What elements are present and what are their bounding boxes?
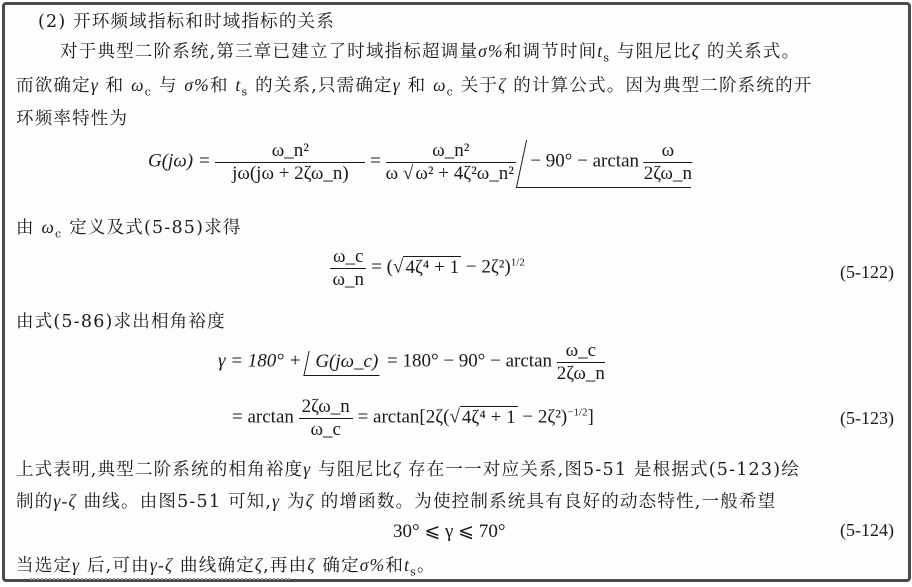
text: 和 (401, 76, 433, 96)
subscript: c (145, 86, 152, 99)
omega-symbol: ω (433, 75, 447, 95)
fraction: ω_c 2ζω_n (557, 340, 605, 385)
equation-post: − 2ζ²) (518, 407, 568, 428)
paragraph-5: 当选定γ 后,可由γ-ζ 曲线确定ζ,再由ζ 确定σ%和ts。 (16, 552, 436, 579)
denominator: jω(jω + 2ζω_n) (215, 163, 365, 185)
denominator: ω √ω² + 4ζ²ω_n² (386, 163, 516, 185)
denominator: 2ζω_n (644, 163, 692, 185)
exponent: 1/2 (511, 256, 525, 268)
text: 制的 (16, 492, 53, 512)
section-heading-text: (2) 开环频域指标和时域指标的关系 (38, 12, 335, 32)
denominator: ω_n (330, 269, 366, 291)
equation-5-122: ω_c ω_n = (√4ζ⁴ + 1 − 2ζ²)1/2 (330, 246, 525, 291)
text: 曲线确定 (173, 556, 255, 576)
exponent: −1/2 (567, 406, 587, 418)
text: 对于典型二阶系统,第三章已建立了时域指标超调量 (60, 42, 478, 62)
phase-expression: − 90° − arctan (530, 151, 639, 172)
numerator: 2ζω_n (299, 396, 353, 419)
numerator: ω_c (557, 340, 605, 363)
text: 的关系式。 (700, 42, 800, 62)
zeta-symbol: ζ (692, 41, 700, 61)
subscript: c (447, 86, 454, 99)
text: 的计算公式。因为典型二阶系统的开 (507, 76, 813, 96)
paragraph-1-line-1: 对于典型二阶系统,第三章已建立了时域指标超调量σ%和调节时间ts 与阻尼比ζ 的… (60, 38, 800, 65)
equation-number-5-122: (5-122) (840, 262, 894, 283)
fraction: ω_c ω_n (330, 246, 366, 291)
numerator: ω (644, 140, 692, 163)
text: 和 (99, 76, 131, 96)
omega-symbol: ω (41, 217, 55, 237)
rhs-open: = ( (371, 257, 393, 278)
text: 和 (210, 76, 235, 96)
paragraph-2: 由 ωc 定义及式(5-85)求得 (16, 214, 242, 241)
paragraph-3: 由式(5-86)求出相角裕度 (16, 308, 226, 333)
omega-symbol: ω (131, 75, 145, 95)
text: ,再由 (263, 556, 307, 576)
section-heading: (2) 开环频域指标和时域指标的关系 (38, 8, 335, 33)
angle-symbol: G(jω_c) (304, 351, 385, 376)
denominator: ω_c (299, 419, 353, 441)
equation-5-124: 30° ⩽ γ ⩽ 70° (393, 520, 505, 543)
text: 和 (385, 556, 404, 576)
text: 。 (417, 556, 436, 576)
gamma-symbol: γ (72, 555, 80, 575)
sigma-symbol: σ% (360, 555, 386, 575)
text: 与阻尼比 (610, 42, 692, 62)
sigma-symbol: σ% (478, 41, 504, 61)
sqrt-content: ω² + 4ζ²ω_n² (413, 162, 516, 184)
gamma-symbol: γ (91, 75, 99, 95)
close-bracket: ] (588, 407, 594, 428)
text: 而欲确定 (16, 76, 91, 96)
text: 的增函数。为使控制系统具有良好的动态特性,一般希望 (314, 492, 776, 512)
sqrt-content: 4ζ⁴ + 1 (460, 406, 518, 428)
denominator: 2ζω_n (557, 363, 605, 385)
text: 曲线。由图5-51 可知, (77, 492, 272, 512)
text: 定义及式(5-85)求得 (62, 218, 241, 238)
text: 环频率特性为 (16, 109, 128, 129)
numerator: ω_c (330, 246, 366, 269)
fraction: ω 2ζω_n (644, 140, 692, 185)
text: 确定 (316, 556, 360, 576)
numerator: ω_n² (215, 140, 365, 163)
equation-number-5-124: (5-124) (840, 520, 894, 541)
equation-middle: = 180° − 90° − arctan (387, 351, 552, 372)
equation-lhs: G(jω) = (148, 151, 211, 172)
zeta-symbol: ζ (307, 555, 315, 575)
text: 由 (16, 218, 41, 238)
gamma-zeta-symbol: γ-ζ (150, 555, 173, 575)
subscript: s (410, 566, 417, 579)
inequality: 30° ⩽ γ ⩽ 70° (393, 521, 505, 542)
text: 与阻尼比 (311, 460, 393, 480)
zeta-symbol: ζ (255, 555, 263, 575)
text: 后,可由 (80, 556, 150, 576)
sqrt-content: 4ζ⁴ + 1 (403, 256, 461, 278)
text: 上式表明,典型二阶系统的相角裕度 (16, 460, 303, 480)
equals-sign: = (370, 151, 381, 172)
paragraph-4-line-1: 上式表明,典型二阶系统的相角裕度γ 与阻尼比ζ 存在一一对应关系,图5-51 是… (16, 456, 800, 481)
fraction: 2ζω_n ω_c (299, 396, 353, 441)
text: 存在一一对应关系,图5-51 是根据式(5-123)绘 (401, 460, 800, 480)
equation-open-loop-frequency: G(jω) = ω_n² jω(jω + 2ζω_n) = ω_n² ω √ω²… (148, 140, 695, 188)
angle-content: G(jω_c) (316, 351, 379, 372)
fraction: ω_n² ω √ω² + 4ζ²ω_n² (386, 140, 516, 185)
text: 的关系,只需确定 (248, 76, 392, 96)
paragraph-1-line-2: 而欲确定γ 和 ωc 与 σ%和 ts 的关系,只需确定γ 和 ωc 关于ζ 的… (16, 72, 812, 99)
rhs-close: − 2ζ²) (461, 257, 511, 278)
zeta-symbol: ζ (498, 75, 506, 95)
equation-number-5-123: (5-123) (840, 408, 894, 429)
cropped-next-line (30, 578, 290, 586)
text: 为 (280, 492, 305, 512)
sigma-symbol: σ% (184, 75, 210, 95)
text: 由式(5-86)求出相角裕度 (16, 312, 226, 332)
text: 关于 (454, 76, 498, 96)
text: 当选定 (16, 556, 72, 576)
numerator: ω_n² (386, 140, 516, 163)
equation-lhs: γ = 180° + (218, 351, 301, 372)
omega-term: ω (386, 163, 399, 184)
text: 与 (152, 76, 184, 96)
zeta-symbol: ζ (306, 491, 314, 511)
angle-symbol: − 90° − arctan ω 2ζω_n (516, 140, 701, 188)
gamma-symbol: γ (393, 75, 401, 95)
paragraph-1-line-3: 环频率特性为 (16, 105, 128, 130)
equation-prefix: = arctan (232, 407, 294, 428)
zeta-symbol: ζ (393, 459, 401, 479)
gamma-zeta-symbol: γ-ζ (53, 491, 76, 511)
fraction: ω_n² jω(jω + 2ζω_n) (215, 140, 365, 185)
equation-5-123-line-2: = arctan 2ζω_n ω_c = arctan[2ζ(√4ζ⁴ + 1 … (232, 396, 594, 441)
equation-middle: = arctan[2ζ( (358, 407, 450, 428)
equation-5-123-line-1: γ = 180° + G(jω_c) = 180° − 90° − arctan… (218, 340, 605, 385)
text: 和调节时间 (504, 42, 598, 62)
paragraph-4-line-2: 制的γ-ζ 曲线。由图5-51 可知,γ 为ζ 的增函数。为使控制系统具有良好的… (16, 488, 776, 513)
